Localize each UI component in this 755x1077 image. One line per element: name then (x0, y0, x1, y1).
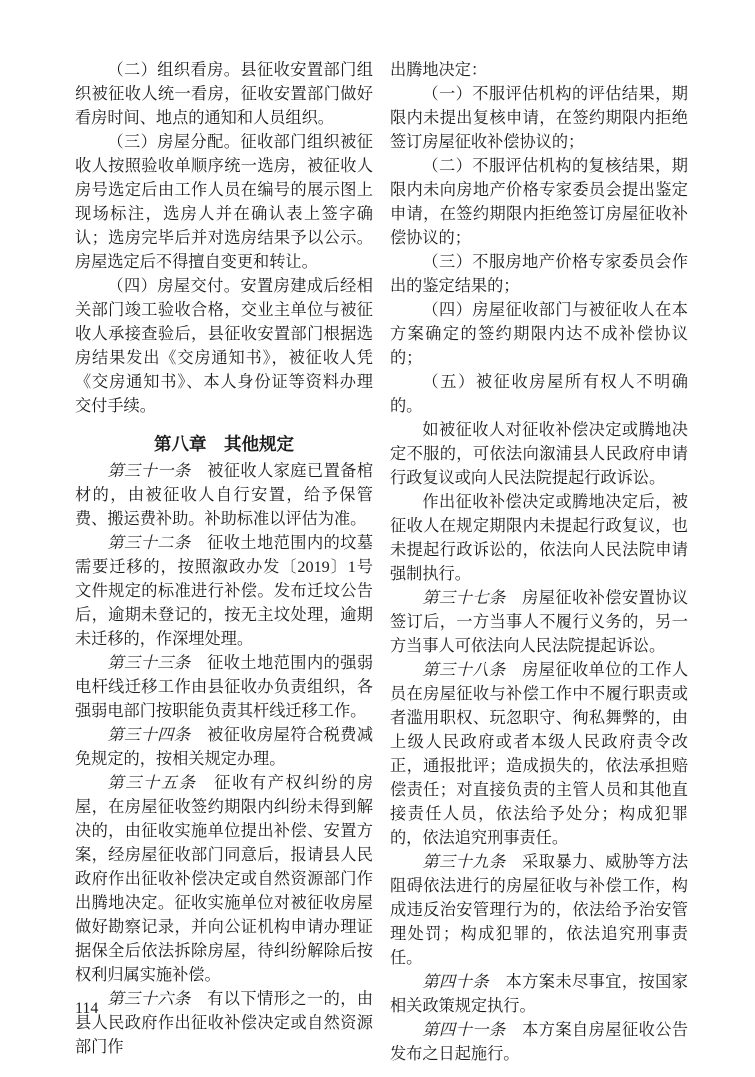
paragraph: 第三十九条 采取暴力、威胁等方法阻碍依法进行的房屋征收与补偿工作，构成违反治安管… (390, 850, 688, 970)
paragraph: 第三十四条 被征收房屋符合税费减免规定的，按相关规定办理。 (75, 723, 373, 771)
paragraph-text: （二）不服评估机构的复核结果，期限内未向房地产价格专家委员会提出鉴定申请，在签约… (390, 157, 688, 247)
paragraph: 第四十一条 本方案自房屋征收公告发布之日起施行。 (390, 1018, 688, 1066)
article-number: 第三十七条 (422, 589, 522, 607)
page-number: 114 (75, 999, 98, 1019)
paragraph-text: （三）不服房地产价格专家委员会作出的鉴定结果的； (390, 253, 688, 295)
text-columns: （二）组织看房。县征收安置部门组织被征收人统一看房，征收安置部门做好看房时间、地… (75, 58, 688, 1066)
paragraph: 如被征收人对征收补偿决定或腾地决定不服的，可依法向溆浦县人民政府申请行政复议或向… (390, 418, 688, 490)
paragraph: （五）被征收房屋所有权人不明确的。 (390, 370, 688, 418)
paragraph: （三）不服房地产价格专家委员会作出的鉴定结果的； (390, 250, 688, 298)
paragraph-text: （一）不服评估机构的评估结果，期限内未提出复核申请，在签约期限内拒绝签订房屋征收… (390, 85, 688, 151)
paragraph-text: 如被征收人对征收补偿决定或腾地决定不服的，可依法向溆浦县人民政府申请行政复议或向… (390, 421, 688, 487)
paragraph: 第三十三条 征收土地范围内的强弱电杆线迁移工作由县征收办负责组织，各强弱电部门按… (75, 651, 373, 723)
article-number: 第三十四条 (107, 726, 207, 744)
paragraph: （四）房屋交付。安置房建成后经相关部门竣工验收合格，交业主单位与被征收人承接查验… (75, 274, 373, 418)
chapter-heading: 第八章 其他规定 (75, 432, 373, 456)
paragraph: （二）组织看房。县征收安置部门组织被征收人统一看房，征收安置部门做好看房时间、地… (75, 58, 373, 130)
article-number: 第三十一条 (107, 462, 207, 480)
paragraph-text: （二）组织看房。县征收安置部门组织被征收人统一看房，征收安置部门做好看房时间、地… (75, 61, 373, 127)
article-number: 第三十二条 (107, 534, 207, 552)
paragraph-text: （四）房屋征收部门与被征收人在本方案确定的签约期限内达不成补偿协议的； (390, 301, 688, 367)
paragraph-text: （五）被征收房屋所有权人不明确的。 (390, 373, 688, 415)
paragraph: 第四十条 本方案未尽事宜，按国家相关政策规定执行。 (390, 970, 688, 1018)
paragraph: （一）不服评估机构的评估结果，期限内未提出复核申请，在签约期限内拒绝签订房屋征收… (390, 82, 688, 154)
paragraph: 第三十六条 有以下情形之一的，由县人民政府作出征收补偿决定或自然资源部门作 (75, 987, 373, 1059)
paragraph: 第三十七条 房屋征收补偿安置协议签订后，一方当事人不履行义务的，另一方当事人可依… (390, 586, 688, 658)
article-number: 第四十条 (422, 973, 505, 991)
article-number: 第三十九条 (422, 853, 522, 871)
article-number: 第三十五条 (107, 774, 214, 792)
paragraph-text: （四）房屋交付。安置房建成后经相关部门竣工验收合格，交业主单位与被征收人承接查验… (75, 277, 373, 415)
paragraph: 作出征收补偿决定或腾地决定后，被征收人在规定期限内未提起行政复议，也未提起行政诉… (390, 490, 688, 586)
paragraph: （三）房屋分配。征收部门组织被征收人按照验收单顺序统一选房，被征收人房号选定后由… (75, 130, 373, 274)
document-page: （二）组织看房。县征收安置部门组织被征收人统一看房，征收安置部门做好看房时间、地… (0, 0, 755, 1077)
paragraph-text: 作出征收补偿决定或腾地决定后，被征收人在规定期限内未提起行政复议，也未提起行政诉… (390, 493, 688, 583)
paragraph: 第三十二条 征收土地范围内的坟墓需要迁移的，按照溆政办发〔2019〕1号文件规定… (75, 531, 373, 651)
right-column: 出腾地决定： （一）不服评估机构的评估结果，期限内未提出复核申请，在签约期限内拒… (390, 58, 688, 1066)
paragraph: （二）不服评估机构的复核结果，期限内未向房地产价格专家委员会提出鉴定申请，在签约… (390, 154, 688, 250)
left-column: （二）组织看房。县征收安置部门组织被征收人统一看房，征收安置部门做好看房时间、地… (75, 58, 373, 1066)
paragraph: 出腾地决定： (390, 58, 688, 82)
paragraph: （四）房屋征收部门与被征收人在本方案确定的签约期限内达不成补偿协议的； (390, 298, 688, 370)
article-number: 第三十三条 (107, 654, 207, 672)
paragraph-text: 征收有产权纠纷的房屋，在房屋征收签约期限内纠纷未得到解决的，由征收实施单位提出补… (75, 774, 373, 984)
paragraph: 第三十八条 房屋征收单位的工作人员在房屋征收与补偿工作中不履行职责或者滥用职权、… (390, 658, 688, 850)
paragraph-text: （三）房屋分配。征收部门组织被征收人按照验收单顺序统一选房，被征收人房号选定后由… (75, 133, 373, 271)
article-number: 第三十六条 (107, 990, 207, 1008)
article-number: 第三十八条 (422, 661, 522, 679)
paragraph-text: 出腾地决定： (390, 61, 487, 79)
paragraph: 第三十一条 被征收人家庭已置备棺材的，由被征收人自行安置，给予保管费、搬运费补助… (75, 459, 373, 531)
paragraph: 第三十五条 征收有产权纠纷的房屋，在房屋征收签约期限内纠纷未得到解决的，由征收实… (75, 771, 373, 987)
article-number: 第四十一条 (422, 1021, 522, 1039)
paragraph-text: 房屋征收单位的工作人员在房屋征收与补偿工作中不履行职责或者滥用职权、玩忽职守、徇… (390, 661, 688, 847)
